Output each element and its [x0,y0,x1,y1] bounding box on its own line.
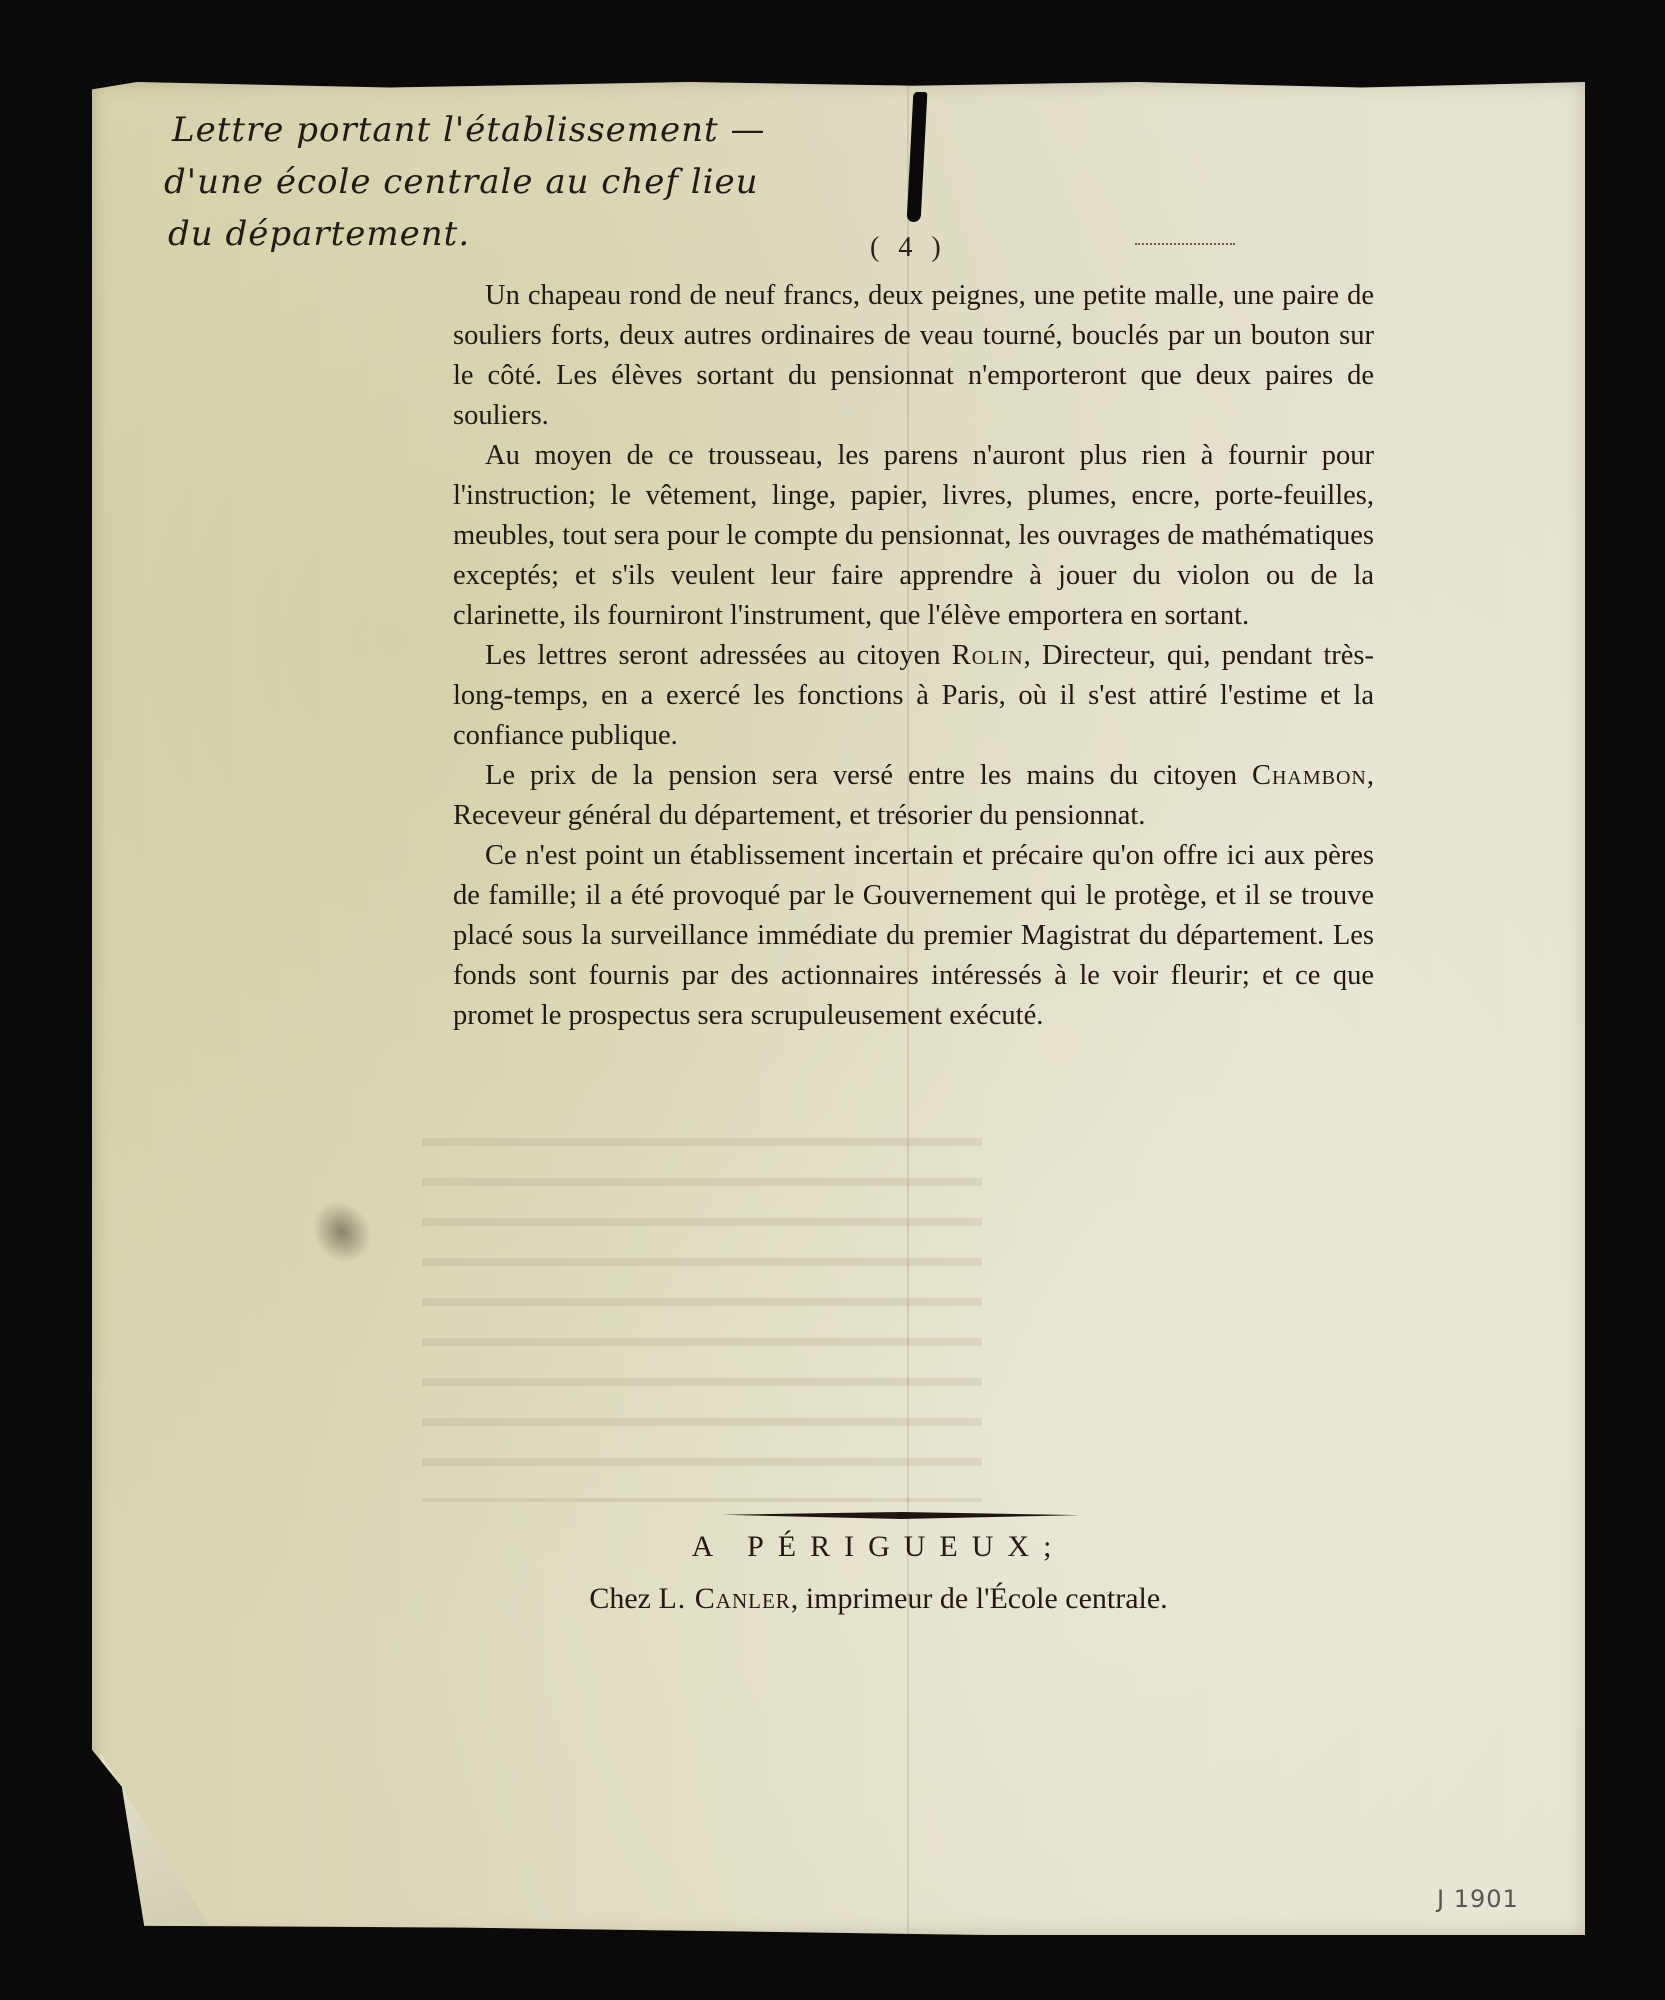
paragraph-trousseau-coverage: Au moyen de ce trousseau, les parens n'a… [453,436,1374,636]
paragraph-treasurer: Le prix de la pension sera versé entre l… [453,756,1374,836]
text-run: Chez [589,1582,658,1615]
imprint-printer: Chez L. Canler, imprimeur de l'École cen… [92,1582,1585,1616]
dotted-rule [1135,243,1235,245]
paragraph-assurance: Ce n'est point un établissement incertai… [453,836,1374,1036]
text-run: Les lettres seront adressées au citoyen [485,640,952,671]
ornamental-rule [722,1512,1080,1519]
text-run: , imprimeur de l'École centrale. [791,1582,1168,1615]
page-number: ( 4 ) [870,232,947,264]
director-name: Rolin [952,640,1024,671]
paper-tear [907,92,928,222]
imprint-city: A PÉRIGUEUX; [92,1530,1585,1564]
paragraph-director: Les lettres seront adressées au citoyen … [453,636,1374,756]
folded-corner [100,1752,210,1927]
reverse-side-show-through [422,1112,982,1502]
handwritten-line: Lettre portant l'établissement — [172,104,892,156]
handwritten-line: d'une école centrale au chef lieu [164,156,892,208]
pencil-catalog-mark: J 1901 [1437,1885,1519,1913]
body-text: Un chapeau rond de neuf francs, deux pei… [453,276,1374,1036]
paragraph-trousseau: Un chapeau rond de neuf francs, deux pei… [453,276,1374,436]
text-run: Le prix de la pension sera versé entre l… [485,760,1252,791]
paper-sheet: Lettre portant l'établissement — d'une é… [92,82,1585,1935]
treasurer-name: Chambon [1252,760,1367,791]
printer-name: L. Canler [658,1582,790,1615]
handwritten-note: Lettre portant l'établissement — d'une é… [172,104,892,260]
ink-smudge [297,1186,386,1278]
handwritten-line: du département. [168,208,892,260]
